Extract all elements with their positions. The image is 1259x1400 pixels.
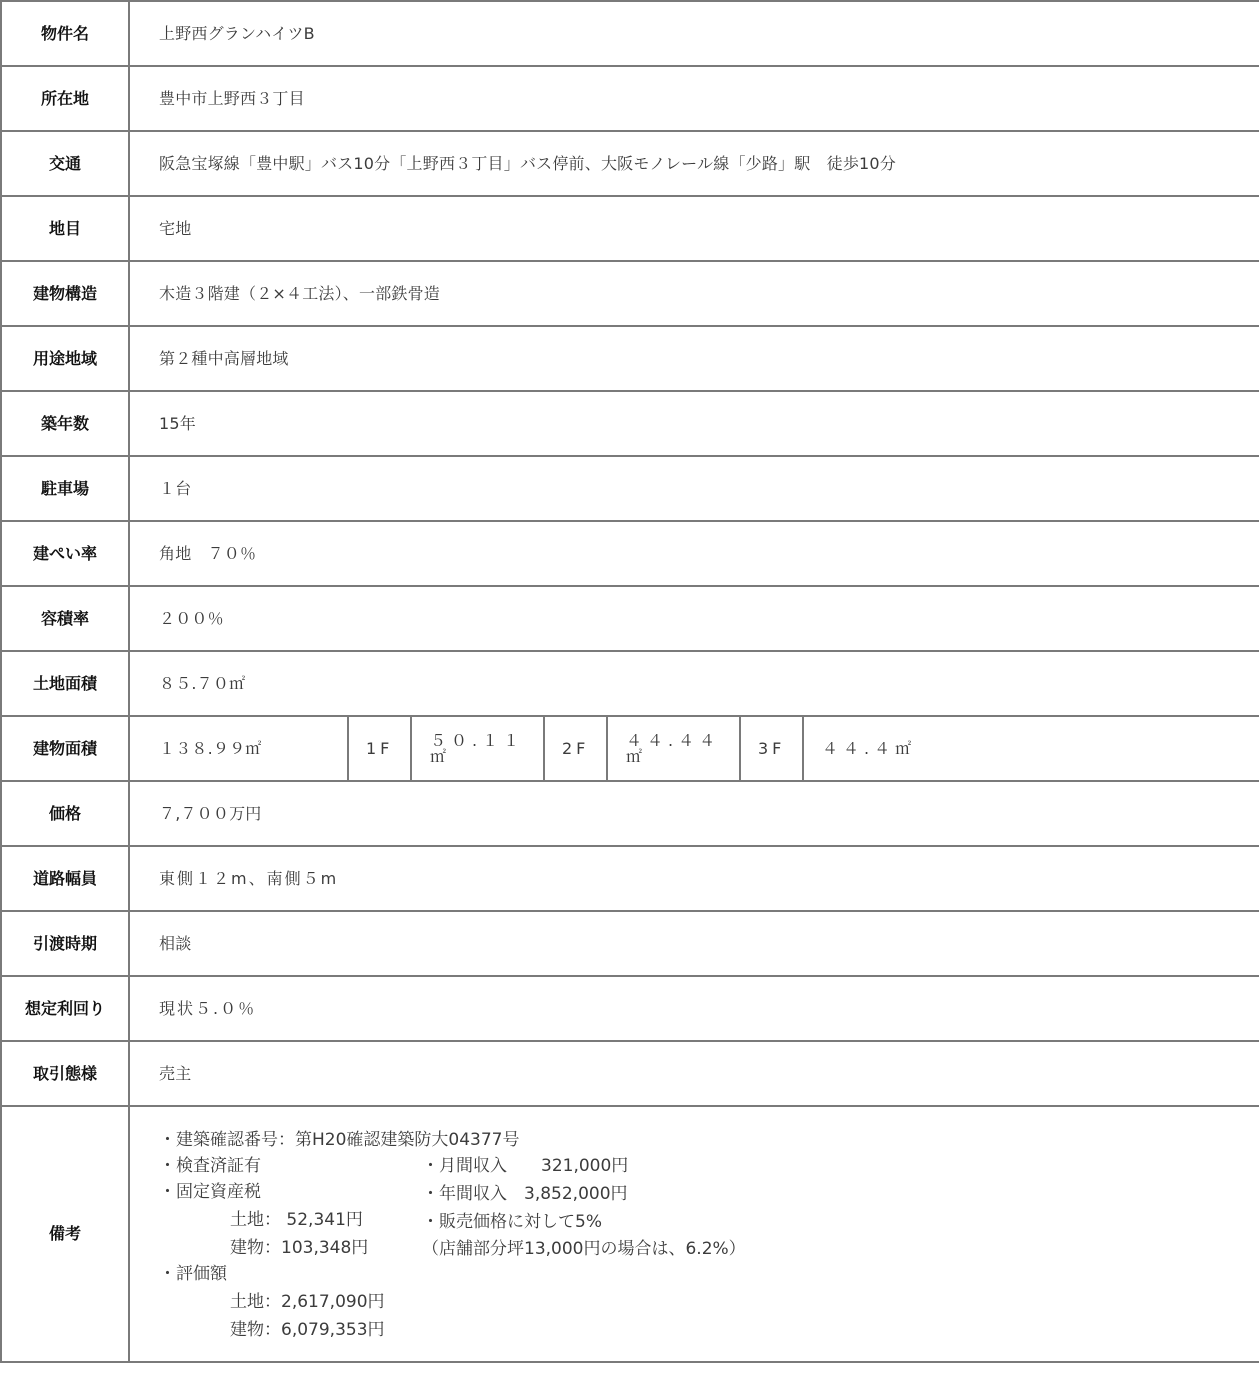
label-structure: 建物構造: [1, 261, 129, 326]
row-parking: 駐車場 １台: [1, 456, 1259, 521]
value-land-area: ８５.７０㎡: [129, 651, 1259, 716]
label-land-category: 地目: [1, 196, 129, 261]
row-transaction-type: 取引態様 売主: [1, 1041, 1259, 1106]
note-yield-store-case: （店舗部分坪13,000円の場合は、6.2%）: [422, 1241, 746, 1258]
value-floor-area-ratio: ２００％: [129, 586, 1259, 651]
label-coverage-ratio: 建ぺい率: [1, 521, 129, 586]
label-expected-yield: 想定利回り: [1, 976, 129, 1041]
value-building-age: 15年: [129, 391, 1259, 456]
label-land-area: 土地面積: [1, 651, 129, 716]
value-transaction-type: 売主: [129, 1041, 1259, 1106]
row-location: 所在地 豊中市上野西３丁目: [1, 66, 1259, 131]
row-road-width: 道路幅員 東側１２m、南側５m: [1, 846, 1259, 911]
note-monthly-income: ・月間収入 321,000円: [422, 1158, 628, 1175]
value-parking: １台: [129, 456, 1259, 521]
value-property-name: 上野西グランハイツB: [129, 1, 1259, 66]
value-delivery-timing: 相談: [129, 911, 1259, 976]
value-price: ７,７００万円: [129, 781, 1259, 846]
row-expected-yield: 想定利回り 現状５.０％: [1, 976, 1259, 1041]
row-coverage-ratio: 建ぺい率 角地 ７０％: [1, 521, 1259, 586]
floor-1-label: 1F: [348, 716, 411, 781]
note-building-permit: ・建築確認番号：第H20確認建築防大04377号: [159, 1132, 520, 1149]
floor-2-label: 2F: [544, 716, 607, 781]
note-property-tax-building: 建物：103,348円: [230, 1240, 368, 1257]
label-property-name: 物件名: [1, 1, 129, 66]
row-zoning: 用途地域 第２種中高層地域: [1, 326, 1259, 391]
label-delivery-timing: 引渡時期: [1, 911, 129, 976]
label-building-area: 建物面積: [1, 716, 129, 781]
label-road-width: 道路幅員: [1, 846, 129, 911]
row-building-age: 築年数 15年: [1, 391, 1259, 456]
row-land-area: 土地面積 ８５.７０㎡: [1, 651, 1259, 716]
note-property-tax: ・固定資産税: [159, 1184, 261, 1201]
note-property-tax-land: 土地： 52,341円: [230, 1212, 363, 1229]
note-annual-income: ・年間収入 3,852,000円: [422, 1186, 628, 1203]
label-building-age: 築年数: [1, 391, 129, 456]
value-structure: 木造３階建（２×４工法）、一部鉄骨造: [129, 261, 1259, 326]
note-inspection-cert: ・検査済証有: [159, 1158, 261, 1175]
row-notes: 備考 ・建築確認番号：第H20確認建築防大04377号 ・検査済証有 ・固定資産…: [1, 1106, 1259, 1362]
row-delivery-timing: 引渡時期 相談: [1, 911, 1259, 976]
value-location: 豊中市上野西３丁目: [129, 66, 1259, 131]
row-structure: 建物構造 木造３階建（２×４工法）、一部鉄骨造: [1, 261, 1259, 326]
floor-3-label: 3F: [740, 716, 803, 781]
label-price: 価格: [1, 781, 129, 846]
row-building-area: 建物面積 １３８.９９㎡ 1F ５０.１１㎡ 2F ４４.４４㎡ 3F ４４.４…: [1, 716, 1259, 781]
floor-1-area: ５０.１１㎡: [411, 716, 544, 781]
notes-content: ・建築確認番号：第H20確認建築防大04377号 ・検査済証有 ・固定資産税 土…: [130, 1107, 1259, 1361]
row-floor-area-ratio: 容積率 ２００％: [1, 586, 1259, 651]
label-transaction-type: 取引態様: [1, 1041, 129, 1106]
value-notes: ・建築確認番号：第H20確認建築防大04377号 ・検査済証有 ・固定資産税 土…: [129, 1106, 1259, 1362]
floor-2-area: ４４.４４㎡: [607, 716, 740, 781]
label-access: 交通: [1, 131, 129, 196]
note-yield-vs-price: ・販売価格に対して5%: [422, 1214, 602, 1231]
label-parking: 駐車場: [1, 456, 129, 521]
note-assessed-value: ・評価額: [159, 1266, 227, 1283]
label-location: 所在地: [1, 66, 129, 131]
row-price: 価格 ７,７００万円: [1, 781, 1259, 846]
value-expected-yield: 現状５.０％: [129, 976, 1259, 1041]
value-land-category: 宅地: [129, 196, 1259, 261]
value-zoning: 第２種中高層地域: [129, 326, 1259, 391]
row-land-category: 地目 宅地: [1, 196, 1259, 261]
row-access: 交通 阪急宝塚線「豊中駅」バス10分「上野西３丁目」バス停前、大阪モノレール線「…: [1, 131, 1259, 196]
row-property-name: 物件名 上野西グランハイツB: [1, 1, 1259, 66]
value-building-area-total: １３８.９９㎡: [129, 716, 348, 781]
value-access: 阪急宝塚線「豊中駅」バス10分「上野西３丁目」バス停前、大阪モノレール線「少路」…: [129, 131, 1259, 196]
floor-3-area: ４４.４㎡: [803, 716, 1259, 781]
property-spec-table: 物件名 上野西グランハイツB 所在地 豊中市上野西３丁目 交通 阪急宝塚線「豊中…: [0, 0, 1259, 1363]
value-coverage-ratio: 角地 ７０％: [129, 521, 1259, 586]
note-assessed-value-building: 建物：6,079,353円: [230, 1322, 385, 1339]
value-road-width: 東側１２m、南側５m: [129, 846, 1259, 911]
label-zoning: 用途地域: [1, 326, 129, 391]
label-floor-area-ratio: 容積率: [1, 586, 129, 651]
note-assessed-value-land: 土地：2,617,090円: [230, 1294, 385, 1311]
label-notes: 備考: [1, 1106, 129, 1362]
